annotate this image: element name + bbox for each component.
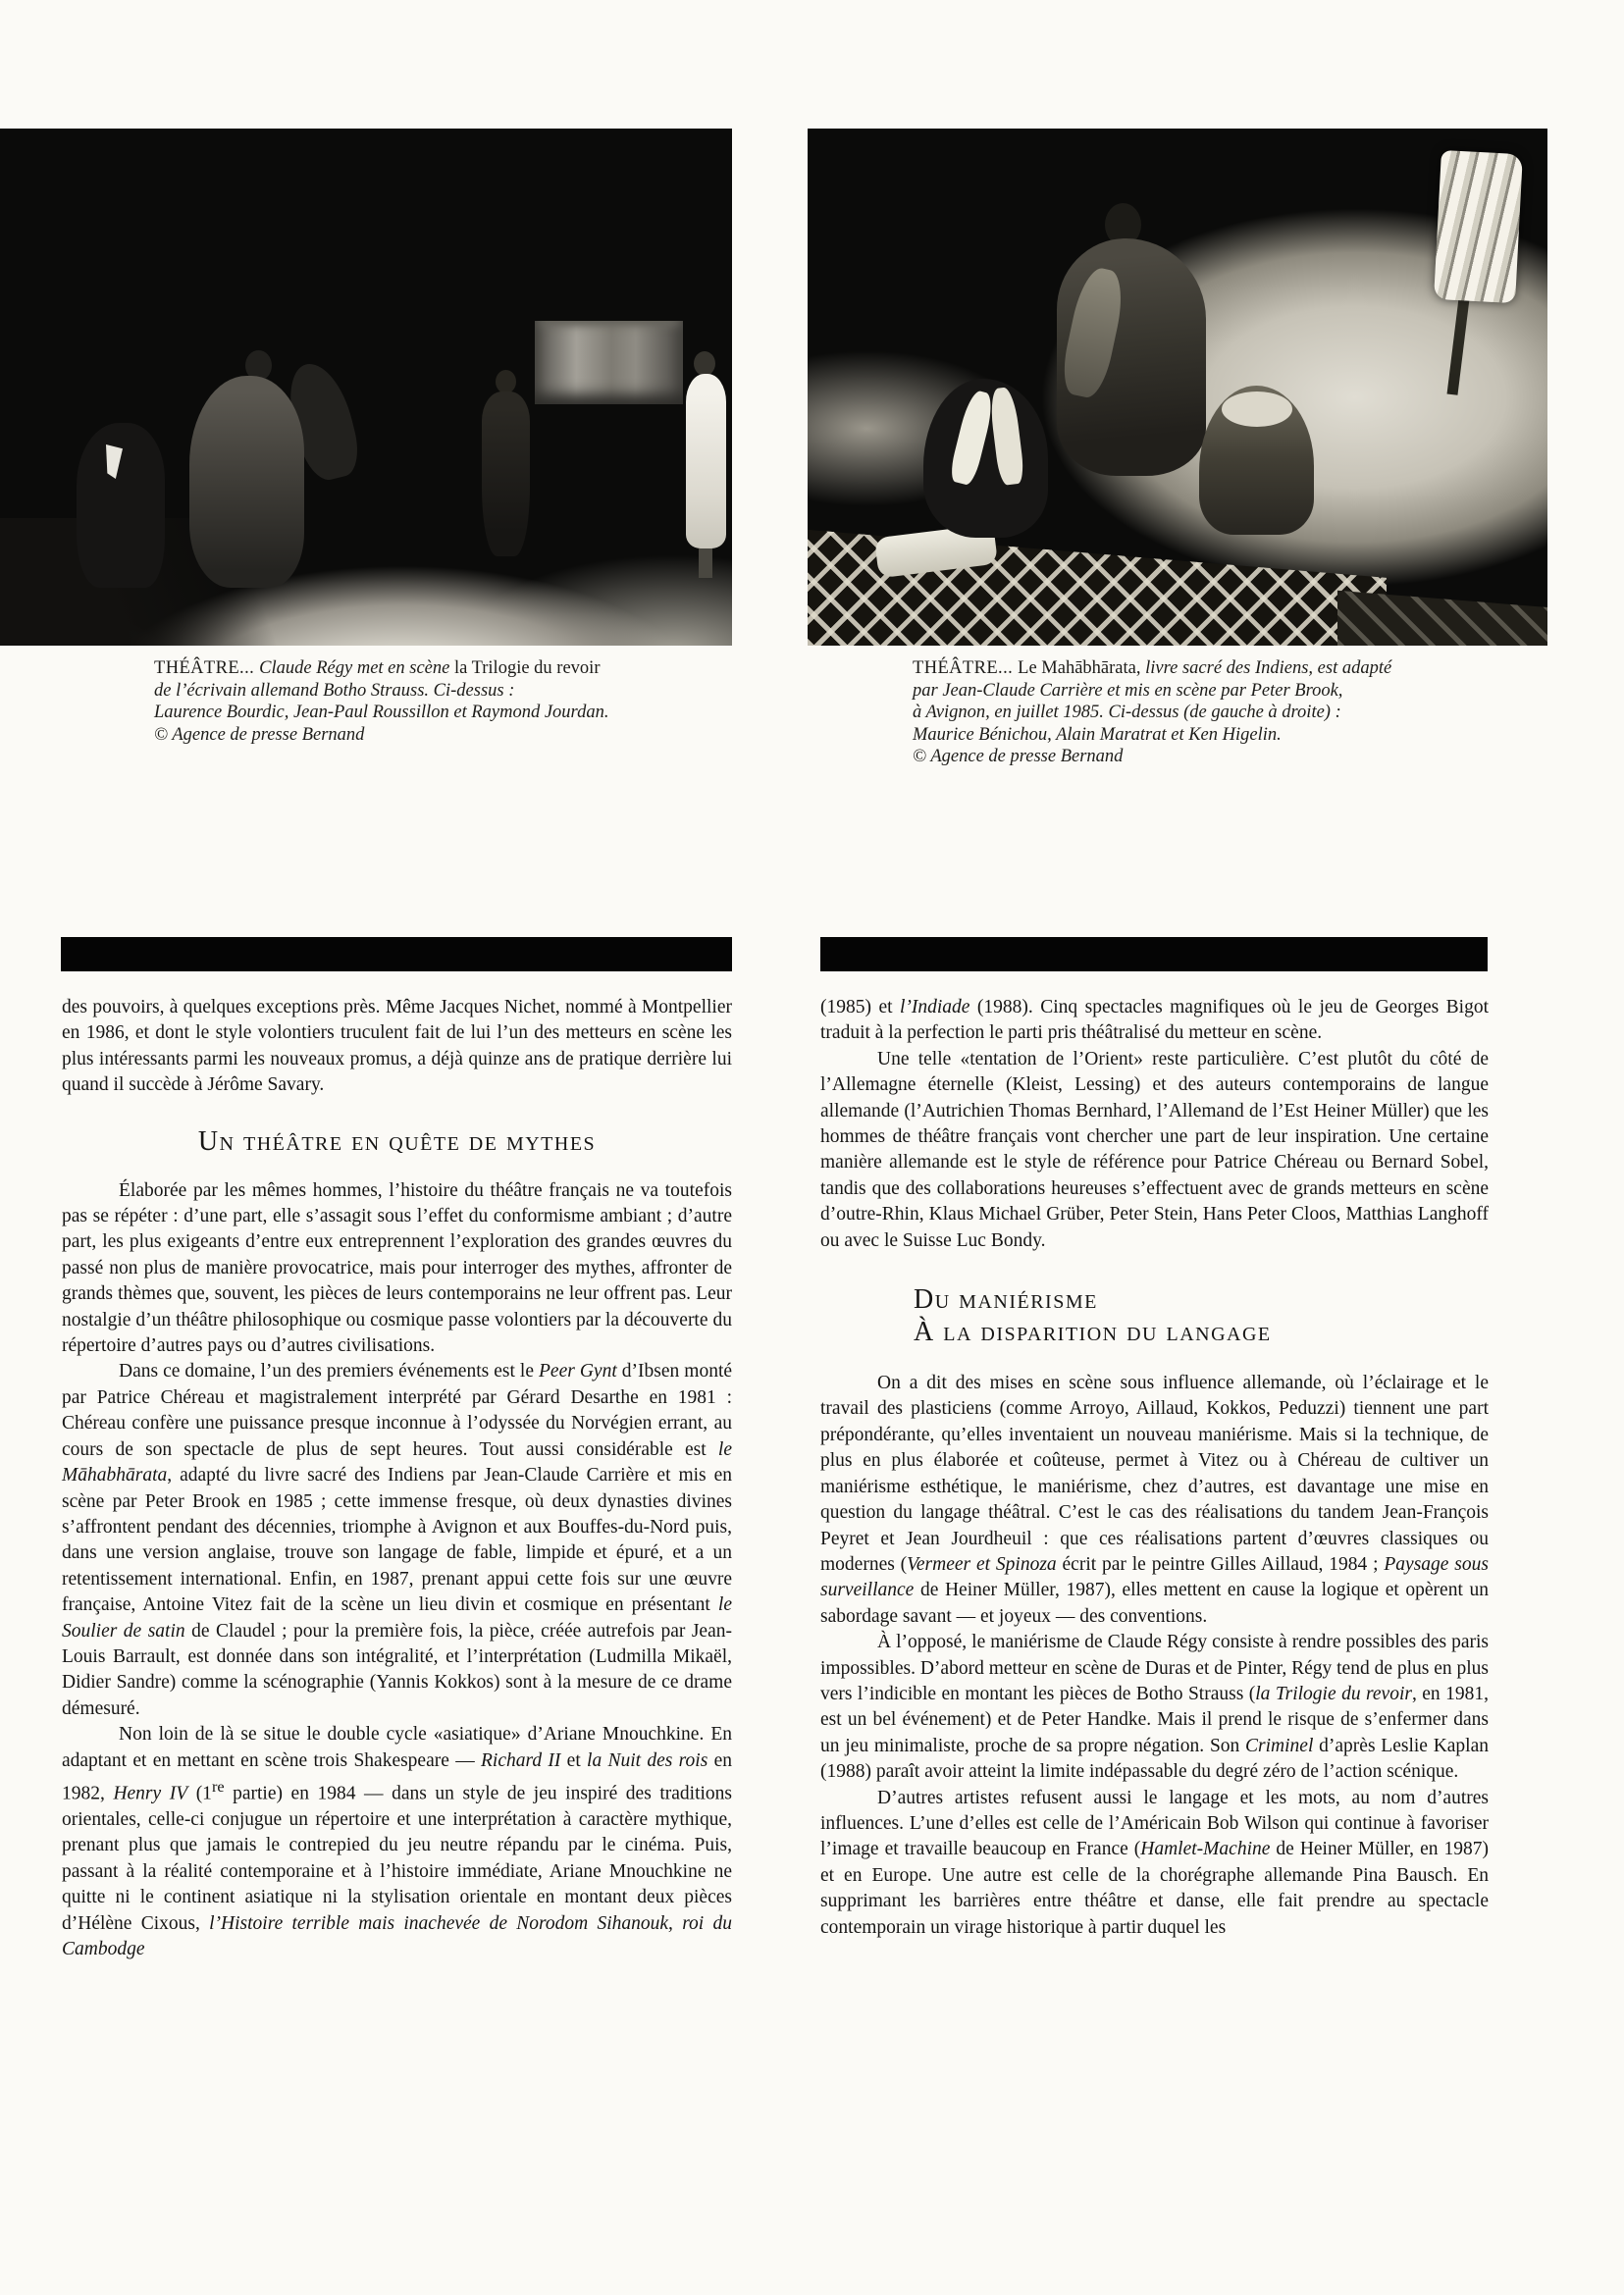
text-column-right: (1985) et l’Indiade (1988). Cinq spectac… [820,995,1489,1941]
scanned-book-page: THÉÂTRE... Claude Régy met en scène la T… [0,0,1624,2295]
vest-panel-right [988,387,1025,486]
paragraph: (1985) et l’Indiade (1988). Cinq spectac… [820,995,1489,1047]
caption-line: THÉÂTRE... Claude Régy met en scène la T… [154,657,608,680]
paragraph: Élaborée par les mêmes hommes, l’histoir… [62,1178,732,1360]
stage-photo-trilogie-du-revoir [0,129,732,646]
section-heading-un-theatre-en-quete-de-mythes: Un théâtre en quête de mythes [62,1125,732,1158]
heading-line: À la disparition du langage [914,1317,1272,1347]
stage-photo-mahabharata [808,129,1547,646]
paragraph: Dans ce domaine, l’un des premiers événe… [62,1359,732,1722]
projection-screen-prop [535,321,683,404]
actress-dark-dress-head [496,370,516,393]
paragraph: À l’opposé, le maniérisme de Claude Régy… [820,1630,1489,1785]
vest-panel-left [948,389,996,487]
caption-line: à Avignon, en juillet 1985. Ci-dessus (d… [913,702,1391,724]
paragraph: Une telle «tentation de l’Orient» reste … [820,1047,1489,1254]
paragraph: des pouvoirs, à quelques exceptions près… [62,995,732,1099]
paragraph: D’autres artistes refusent aussi le lang… [820,1786,1489,1941]
photo-caption-left: THÉÂTRE... Claude Régy met en scène la T… [154,657,608,746]
actress-white-dress [686,374,726,548]
actor-seated-silhouette [77,423,165,588]
actor-crouching-highlight [1222,391,1292,427]
actor-crouching [189,376,304,588]
paragraph: Non loin de là se situe le double cycle … [62,1722,732,1962]
caption-line: Maurice Bénichou, Alain Maratrat et Ken … [913,724,1391,747]
section-divider-bar-right [820,937,1488,971]
actor-seated-white-vest [923,379,1048,538]
actress-white-dress-head [694,351,715,376]
caption-credit: © Agence de presse Bernand [154,724,608,747]
caption-line: de l’écrivain allemand Botho Strauss. Ci… [154,680,608,703]
heading-line: Du maniérisme [914,1284,1098,1315]
caption-credit: © Agence de presse Bernand [913,746,1391,768]
caption-line: Laurence Bourdic, Jean-Paul Roussillon e… [154,702,608,724]
caption-line: par Jean-Claude Carrière et mis en scène… [913,680,1391,703]
actress-dark-dress [482,391,530,556]
paragraph: On a dit des mises en scène sous influen… [820,1371,1489,1630]
actress-white-dress-feet [699,548,712,578]
hanging-costumes [1434,150,1523,303]
caption-line: THÉÂTRE... Le Mahābhārata, livre sacré d… [913,657,1391,680]
section-heading-du-manierisme: Du maniérisme À la disparition du langag… [820,1283,1489,1348]
photo-caption-right: THÉÂTRE... Le Mahābhārata, livre sacré d… [913,657,1391,768]
section-divider-bar-left [61,937,732,971]
text-column-left: des pouvoirs, à quelques exceptions près… [62,995,732,1962]
